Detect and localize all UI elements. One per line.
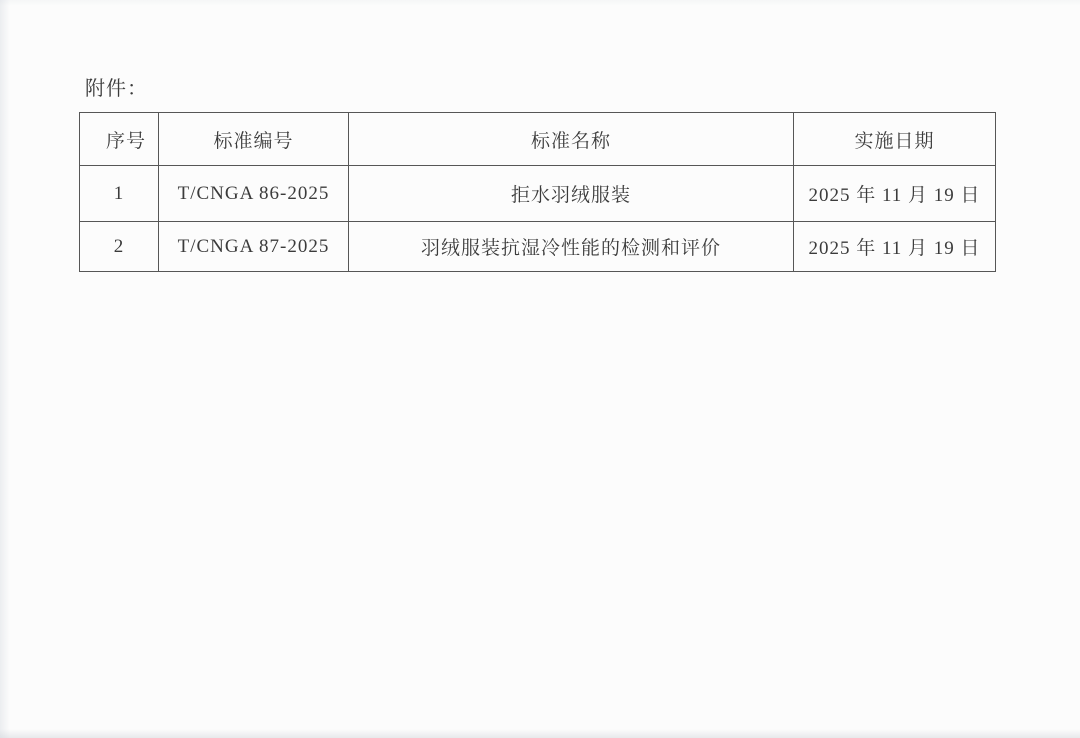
cell-standard-name: 羽绒服装抗湿冷性能的检测和评价 [349, 222, 794, 272]
table-header-row: 序号 标准编号 标准名称 实施日期 [80, 113, 996, 166]
standards-table: 序号 标准编号 标准名称 实施日期 1 T/CNGA 86-2025 拒水羽绒服… [79, 112, 996, 272]
table-row: 2 T/CNGA 87-2025 羽绒服装抗湿冷性能的检测和评价 2025 年 … [80, 222, 996, 272]
cell-standard-name: 拒水羽绒服装 [349, 166, 794, 222]
cell-standard-code: T/CNGA 86-2025 [159, 166, 349, 222]
document-page: 附件： 序号 标准编号 标准名称 实施日期 1 T/CNGA 86-2025 拒… [0, 0, 1080, 738]
col-header-standard-code: 标准编号 [159, 113, 349, 166]
cell-serial: 1 [80, 166, 159, 222]
cell-implementation-date: 2025 年 11 月 19 日 [794, 222, 996, 272]
cell-implementation-date: 2025 年 11 月 19 日 [794, 166, 996, 222]
col-header-standard-name: 标准名称 [349, 113, 794, 166]
col-header-implementation-date: 实施日期 [794, 113, 996, 166]
attachment-label: 附件： [85, 72, 148, 101]
cell-standard-code: T/CNGA 87-2025 [159, 222, 349, 272]
cell-serial: 2 [80, 222, 159, 272]
col-header-serial: 序号 [80, 113, 159, 166]
table-row: 1 T/CNGA 86-2025 拒水羽绒服装 2025 年 11 月 19 日 [80, 166, 996, 222]
